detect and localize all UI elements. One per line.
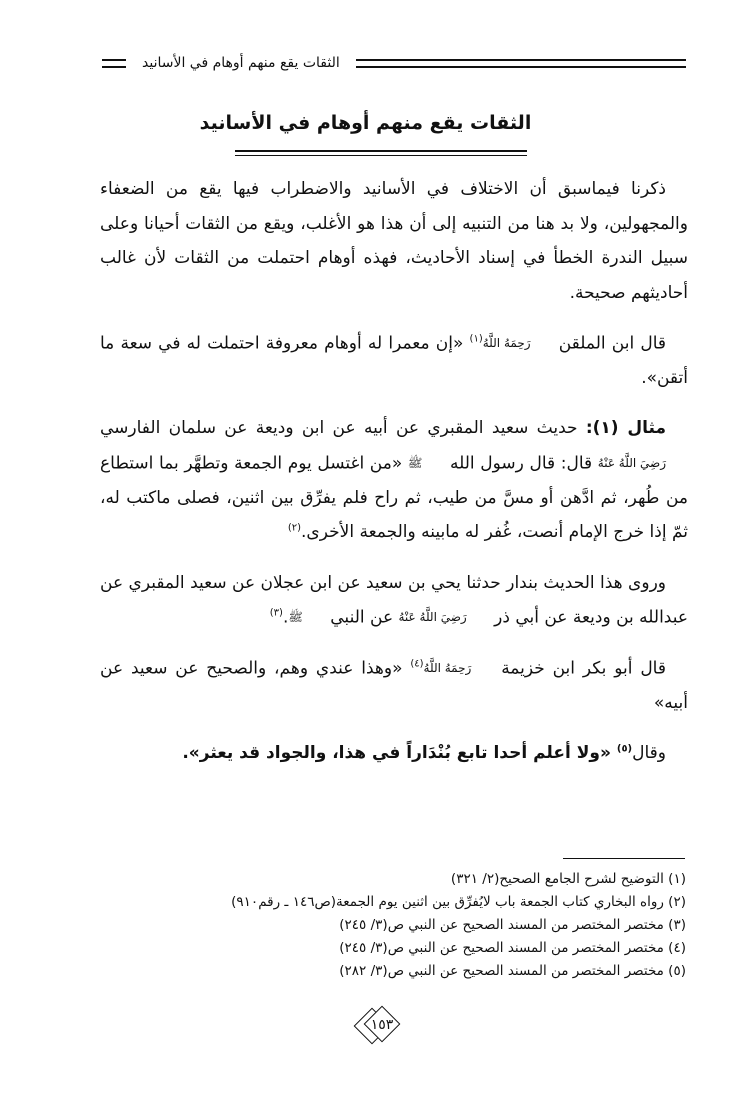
header-short-rule <box>102 59 126 68</box>
honorific-glyph: رَضِيَ اللَّهُ عَنْهُ <box>598 446 688 481</box>
paragraph-quote-bundar: وقال(٥) «ولا أعلم أحدا تابع بُنْدَاراً ف… <box>100 736 688 771</box>
paragraph-ibn-khuzaymah: قال أبو بكر ابن خزيمة رَحِمَهُ اللَّهُ(٤… <box>100 651 688 720</box>
header-double-rule <box>356 59 686 68</box>
footnote-ref: (٢) <box>288 522 301 533</box>
salawat-glyph: ﷺ <box>288 600 325 635</box>
footnotes: (١) التوضيح لشرح الجامع الصحيح(٢/ ٣٢١) (… <box>100 868 686 983</box>
footnote-ref: (٤) <box>410 658 423 669</box>
footnote-ref: (٣) <box>270 608 283 619</box>
honorific-glyph: رَحِمَهُ اللَّهُ <box>483 326 553 361</box>
footnote-2: (٢) رواه البخاري كتاب الجمعة باب لايُفرِ… <box>100 891 686 914</box>
chapter-title-underline <box>235 150 527 156</box>
salawat-glyph: ﷺ <box>408 446 445 481</box>
footnote-3: (٣) مختصر المختصر من المسند الصحيح عن ال… <box>100 914 686 937</box>
running-header-title: الثقات يقع منهم أوهام في الأسانيد <box>142 55 340 71</box>
footnote-separator <box>563 858 685 859</box>
paragraph-intro: ذكرنا فيماسبق أن الاختلاف في الأسانيد وا… <box>100 172 688 310</box>
body-text: ذكرنا فيماسبق أن الاختلاف في الأسانيد وا… <box>100 172 688 787</box>
paragraph-example-1: مثال (١): حديث سعيد المقبري عن أبيه عن ا… <box>100 411 688 549</box>
chapter-title: الثقات يقع منهم أوهام في الأسانيد <box>0 112 731 134</box>
honorific-glyph: رَضِيَ اللَّهُ عَنْهُ <box>399 600 489 635</box>
paragraph-bundar-narration: وروى هذا الحديث بندار حدثنا يحي بن سعيد … <box>100 566 688 635</box>
page-number-badge: ١٥٣ <box>356 1004 402 1048</box>
footnote-ref: (١) <box>470 334 483 345</box>
paragraph-ibn-al-mulaqqin: قال ابن الملقن رَحِمَهُ اللَّهُ(١) «إن م… <box>100 326 688 395</box>
honorific-glyph: رَحِمَهُ اللَّهُ <box>424 651 494 686</box>
example-label: مثال (١): <box>586 418 666 438</box>
running-header: الثقات يقع منهم أوهام في الأسانيد <box>102 52 686 74</box>
footnote-5: (٥) مختصر المختصر من المسند الصحيح عن ال… <box>100 960 686 983</box>
book-page: الثقات يقع منهم أوهام في الأسانيد الثقات… <box>0 0 731 1097</box>
footnote-ref: (٥) <box>617 743 632 754</box>
page-number: ١٥٣ <box>364 1017 400 1033</box>
footnote-1: (١) التوضيح لشرح الجامع الصحيح(٢/ ٣٢١) <box>100 868 686 891</box>
footnote-4: (٤) مختصر المختصر من المسند الصحيح عن ال… <box>100 937 686 960</box>
